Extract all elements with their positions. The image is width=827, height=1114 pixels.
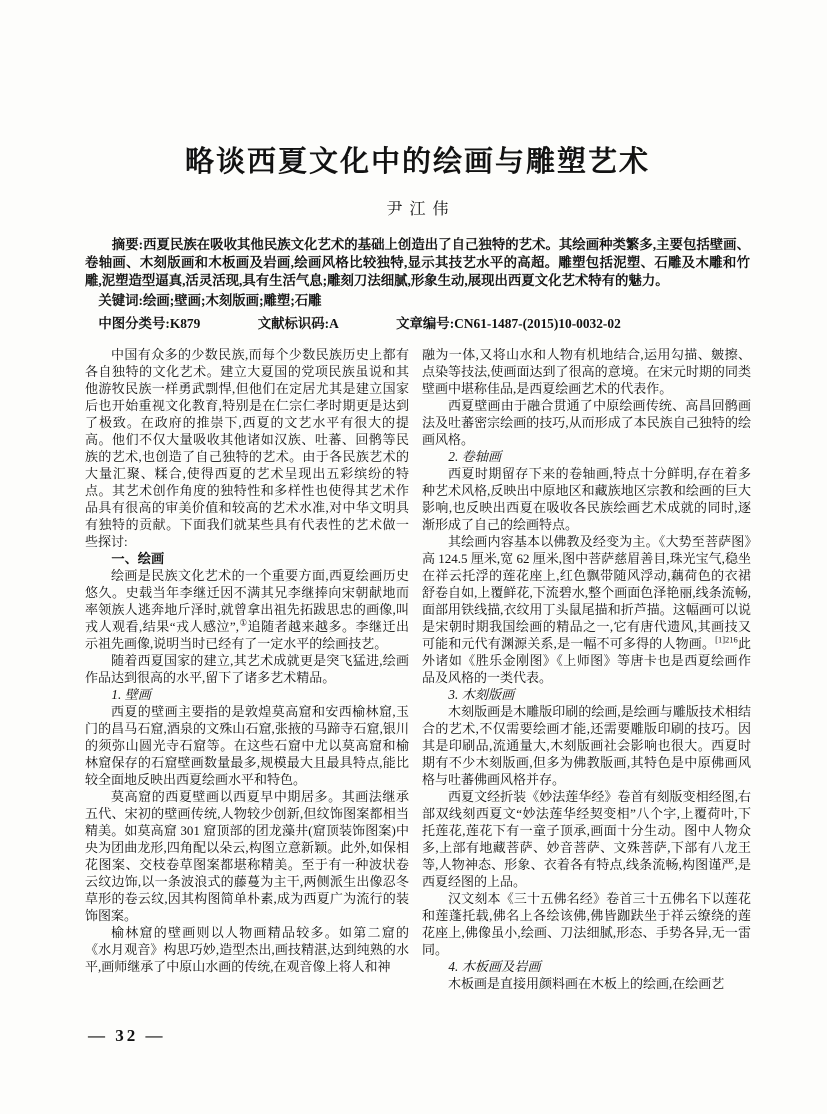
keywords-label: 关键词: [98, 293, 143, 308]
body-paragraph: 木刻版画是木雕版印刷的绘画,是绘画与雕版技术相结合的艺术,不仅需要绘画才能,还需… [422, 703, 751, 788]
clc-label: 中图分类号: [98, 316, 169, 331]
doc-code-group: 文献标识码:A [258, 316, 339, 331]
clc-group: 中图分类号:K879 [98, 316, 200, 331]
page-number: — 32 — [88, 1026, 166, 1046]
subsection-heading-woodblock-prints: 3. 木刻版画 [422, 686, 751, 703]
body-paragraph: 西夏文经折装《妙法莲华经》卷首有刻版变相经图,右部双线刻西夏文“妙法莲华经契变相… [422, 788, 751, 890]
keywords-line: 关键词:绘画;壁画;木刻版画;雕塑;石雕 [85, 292, 750, 310]
body-paragraph: 融为一体,又将山水和人物有机地结合,运用勾描、皴擦、点染等技法,使画面达到了很高… [422, 346, 751, 397]
body-paragraph: 汉文刻本《三十五佛名经》卷首三十五佛名下以莲花和莲蓬托载,佛名上各绘该佛,佛皆跏… [422, 890, 751, 958]
article-id-group: 文章编号:CN61-1487-(2015)10-0032-02 [396, 316, 621, 331]
body-paragraph: 木板画是直接用颜料画在木板上的绘画,在绘画艺 [422, 975, 751, 992]
right-column: 融为一体,又将山水和人物有机地结合,运用勾描、皴擦、点染等技法,使画面达到了很高… [422, 346, 751, 992]
article-id-value: CN61-1487-(2015)10-0032-02 [454, 316, 621, 331]
abstract-paragraph: 摘要:西夏民族在吸收其他民族文化艺术的基础上创造出了自己独特的艺术。其绘画种类繁… [85, 236, 750, 290]
article-page: 略谈西夏文化中的绘画与雕塑艺术 尹江伟 摘要:西夏民族在吸收其他民族文化艺术的基… [0, 0, 827, 1114]
body-paragraph: 莫高窟的西夏壁画以西夏早中期居多。其画法继承五代、宋初的壁画传统,人物较少创新,… [85, 788, 409, 924]
body-paragraph: 西夏的壁画主要指的是敦煌莫高窟和安西榆林窟,玉门的昌马石窟,酒泉的文殊山石窟,张… [85, 703, 409, 788]
subsection-heading-murals: 1. 壁画 [85, 686, 409, 703]
body-paragraph: 西夏时期留存下来的卷轴画,特点十分鲜明,存在着多种艺术风格,反映出中原地区和藏族… [422, 465, 751, 533]
body-paragraph: 绘画是民族文化艺术的一个重要方面,西夏绘画历史悠久。史载当年李继迁因不满其兄李继… [85, 567, 409, 652]
body-paragraph: 随着西夏国家的建立,其艺术成就更是突飞猛进,绘画作品达到很高的水平,留下了诸多艺… [85, 652, 409, 686]
body-paragraph: 榆林窟的壁画则以人物画精品较多。如第二窟的《水月观音》构思巧妙,造型杰出,画技精… [85, 924, 409, 975]
abstract-text: 西夏民族在吸收其他民族文化艺术的基础上创造出了自己独特的艺术。其绘画种类繁多,主… [85, 237, 750, 288]
body-paragraph: 中国有众多的少数民族,而每个少数民族历史上都有各自独特的文化艺术。建立大夏国的党… [85, 346, 409, 550]
citation-marker: [1]216 [715, 635, 738, 645]
article-id-label: 文章编号: [396, 316, 454, 331]
page-title: 略谈西夏文化中的绘画与雕塑艺术 [85, 139, 750, 180]
subsection-heading-scroll-painting: 2. 卷轴画 [422, 448, 751, 465]
paragraph-text: 其绘画内容基本以佛教及经变为主。《大势至菩萨图》高 124.5 厘米,宽 62 … [422, 534, 751, 651]
subsection-heading-woodpanel-rock-painting: 4. 木板画及岩画 [422, 958, 751, 975]
body-paragraph: 西夏壁画由于融合贯通了中原绘画传统、高昌回鹘画法及吐蕃密宗绘画的技巧,从而形成了… [422, 397, 751, 448]
left-column: 中国有众多的少数民族,而每个少数民族历史上都有各自独特的文化艺术。建立大夏国的党… [85, 346, 409, 992]
section-heading-painting: 一、绘画 [85, 550, 409, 567]
clc-value: K879 [170, 316, 201, 331]
abstract-label: 摘要: [112, 237, 143, 252]
body-paragraph: 其绘画内容基本以佛教及经变为主。《大势至菩萨图》高 124.5 厘米,宽 62 … [422, 533, 751, 686]
classification-line: 中图分类号:K879 文献标识码:A 文章编号:CN61-1487-(2015)… [85, 315, 750, 333]
keywords-text: 绘画;壁画;木刻版画;雕塑;石雕 [143, 293, 322, 308]
doc-code-label: 文献标识码: [258, 316, 329, 331]
footnote-marker: ① [239, 618, 248, 628]
abstract-block: 摘要:西夏民族在吸收其他民族文化艺术的基础上创造出了自己独特的艺术。其绘画种类繁… [85, 236, 750, 333]
author-name: 尹江伟 [85, 196, 750, 219]
two-column-body: 中国有众多的少数民族,而每个少数民族历史上都有各自独特的文化艺术。建立大夏国的党… [85, 346, 750, 992]
doc-code-value: A [329, 316, 339, 331]
